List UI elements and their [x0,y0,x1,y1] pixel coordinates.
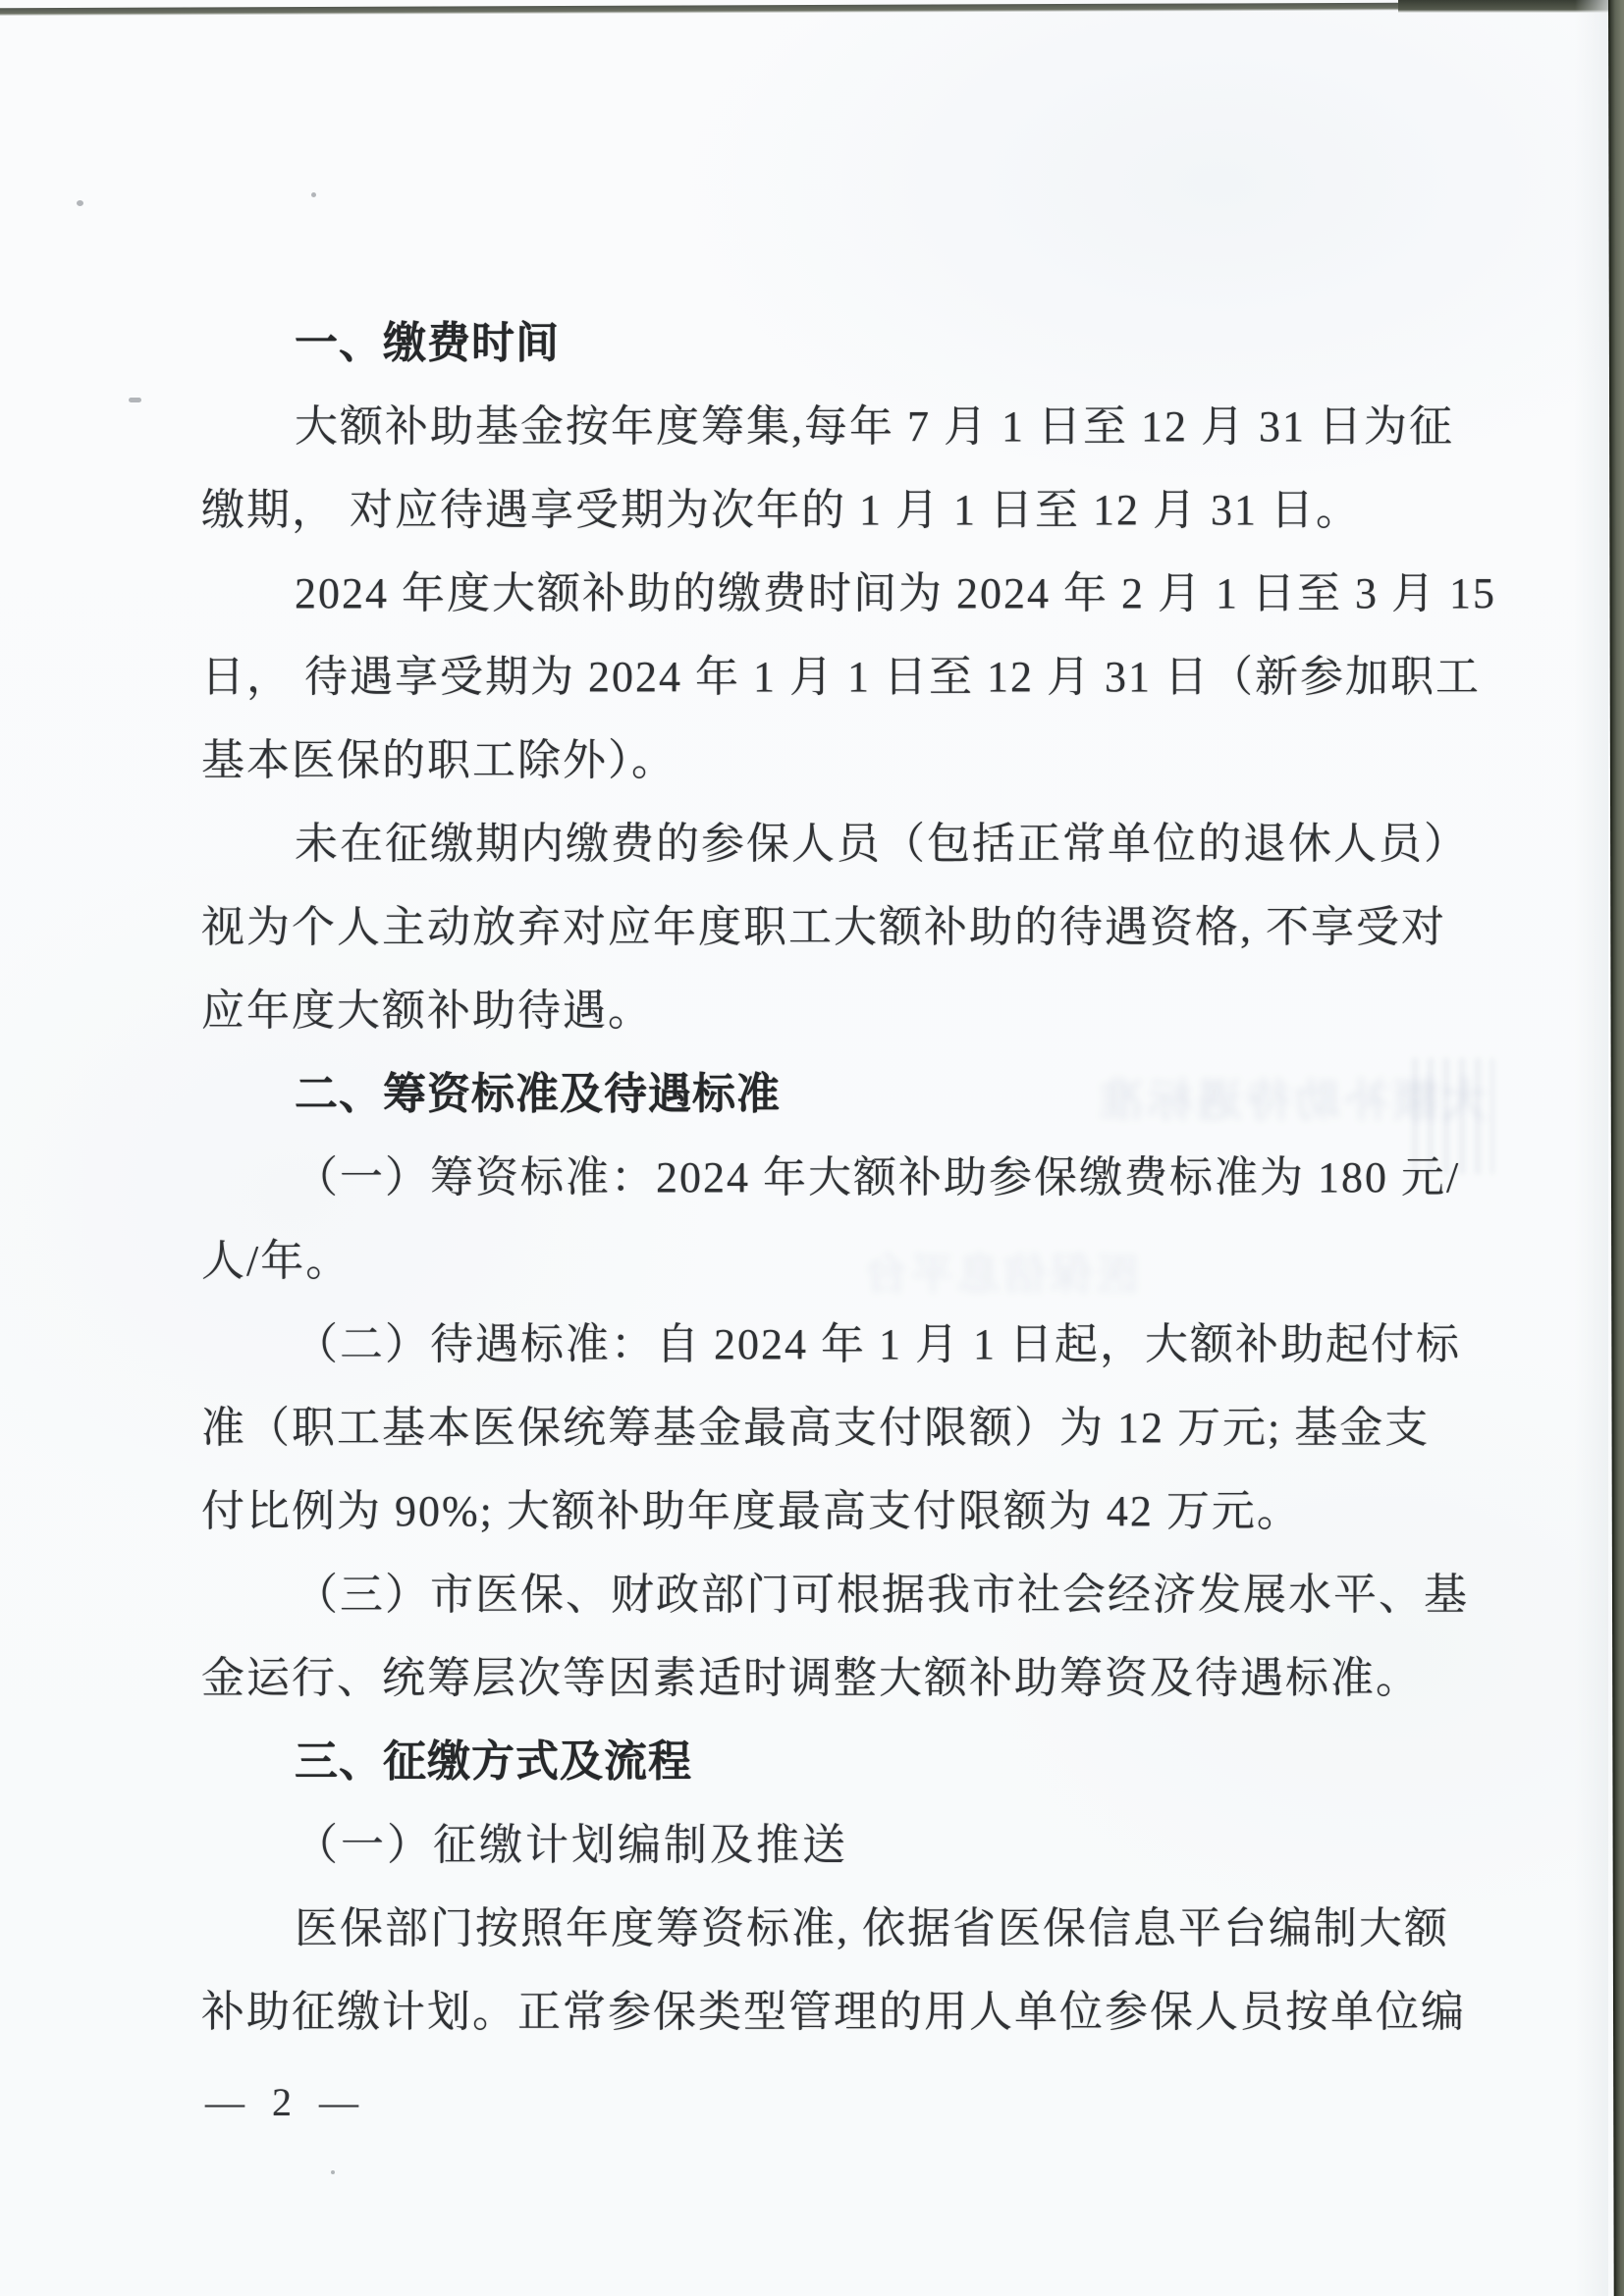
scan-speck [77,200,83,206]
section-heading: 三、征缴方式及流程 [295,1736,692,1795]
scan-speck [331,2170,335,2174]
subsection-heading: （一）征缴计划编制及推送 [295,1820,848,1879]
scanned-document-page: 大额补助待遇标准 医保信息平台 一、缴费时间大额补助基金按年度筹集,每年 7 月… [0,0,1624,2296]
text-line: 基本医保的职工除外）。 [201,735,677,794]
text-line: 视为个人主动放弃对应年度职工大额补助的待遇资格, 不享受对 [201,902,1446,961]
text-line: （三）市医保、财政部门可根据我市社会经济发展水平、基 [295,1570,1469,1629]
bleed-through-text: 医保信息平台 [862,1239,1139,1302]
text-line: 缴期， 对应待遇享受期为次年的 1 月 1 日至 12 月 31 日。 [201,485,1361,544]
text-line: 准（职工基本医保统筹基金最高支付限额）为 12 万元; 基金支 [201,1403,1430,1462]
scan-speck [311,192,316,197]
text-line: 金运行、统筹层次等因素适时调整大额补助筹资及待遇标准。 [201,1653,1421,1712]
text-line: 未在征缴期内缴费的参保人员（包括正常单位的退休人员） [295,819,1469,878]
page-number: — 2 — [205,2079,367,2125]
scan-top-edge [0,2,1624,16]
text-line: 补助征缴计划。正常参保类型管理的用人单位参保人员按单位编 [201,1987,1466,2046]
text-line: 医保部门按照年度筹资标准, 依据省医保信息平台编制大额 [295,1903,1449,1962]
scan-right-edge [1608,0,1624,2296]
scan-speck [129,398,141,402]
page-right-shading [1575,0,1608,2296]
text-line: （一）筹资标准：2024 年大额补助参保缴费标准为 180 元/ [295,1152,1460,1211]
section-heading: 二、筹资标准及待遇标准 [295,1069,781,1128]
text-line: 大额补助基金按年度筹集,每年 7 月 1 日至 12 月 31 日为征 [295,401,1454,460]
text-line: 付比例为 90%; 大额补助年度最高支付限额为 42 万元。 [201,1486,1302,1545]
text-line: 人/年。 [201,1236,351,1295]
text-line: 应年度大额补助待遇。 [201,986,653,1044]
text-line: （二）待遇标准：自 2024 年 1 月 1 日起，大额补助起付标 [295,1319,1461,1378]
section-heading: 一、缴费时间 [295,318,560,377]
text-line: 日， 待遇享受期为 2024 年 1 月 1 日至 12 月 31 日（新参加职… [201,652,1481,711]
text-line: 2024 年度大额补助的缴费时间为 2024 年 2 月 1 日至 3 月 15 [295,568,1496,627]
